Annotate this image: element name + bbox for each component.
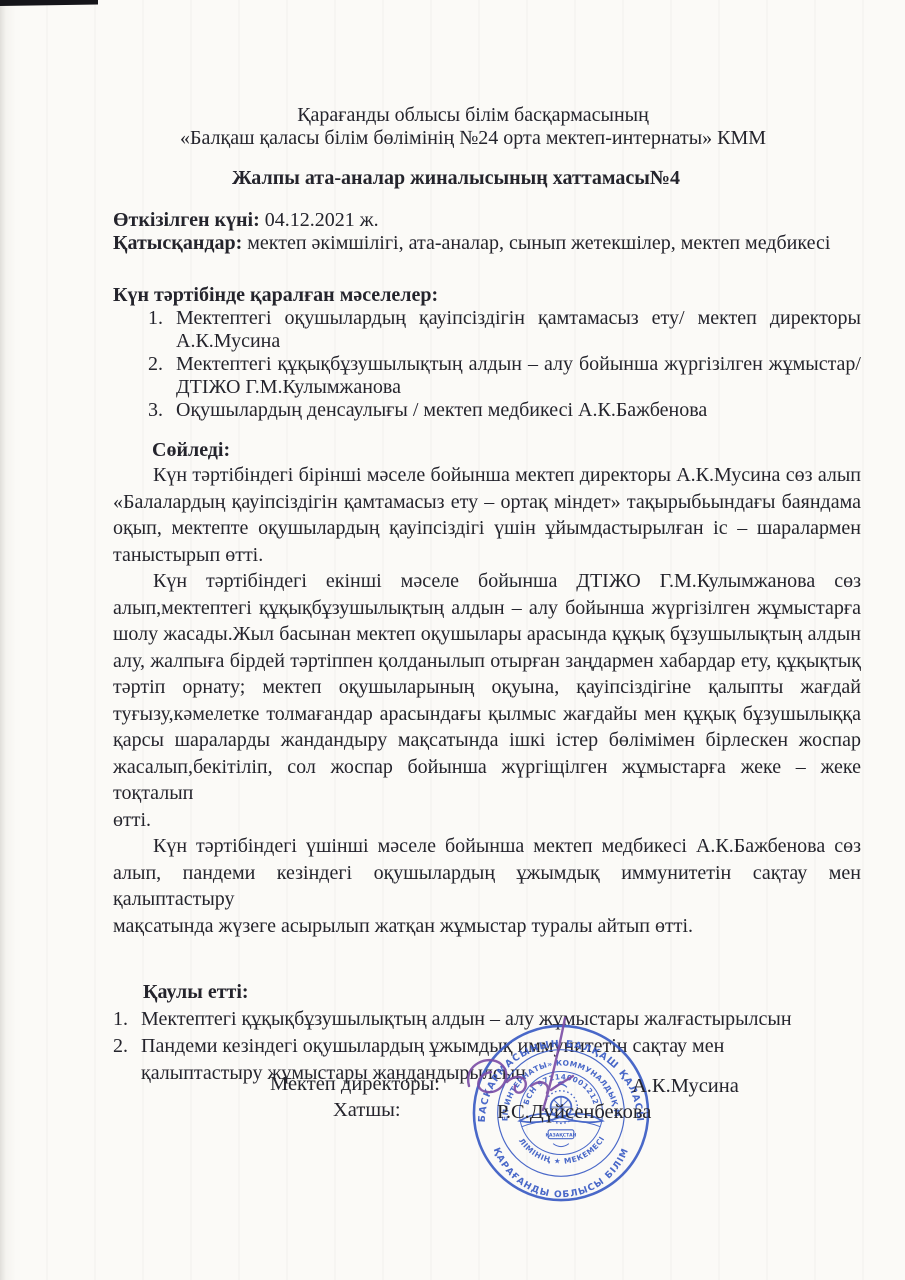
agenda-item-number: 2. bbox=[148, 353, 176, 399]
speech-paragraph-1: Күн тәртібіндегі бірінші мәселе бойынша … bbox=[113, 462, 861, 568]
agenda-item-2: 2. Мектептегі құқықбұзушылықтың алдын – … bbox=[148, 353, 861, 399]
agenda-item-number: 1. bbox=[148, 307, 176, 353]
resolution-item-number: 2. bbox=[113, 1033, 141, 1087]
paragraph-line: өтті. bbox=[113, 807, 861, 834]
paragraph-line: туғызу,кәмелетке толмағандар арасындағы … bbox=[113, 701, 861, 728]
document-body: Қарағанды облысы білім басқармасының «Ба… bbox=[113, 104, 861, 1087]
paragraph-line: мақсатында жүзеге асырылып жатқан жұмыст… bbox=[113, 913, 861, 940]
agenda-item-text: Мектептегі құқықбұзушылықтың алдын – алу… bbox=[176, 353, 861, 399]
secretary-name: Р.С.Дүйсенбекова bbox=[497, 1100, 651, 1124]
speeches-heading: Сөйледі: bbox=[113, 439, 861, 462]
paragraph-line: таныстырып өтті. bbox=[113, 542, 861, 569]
date-label: Өткізілген күні: bbox=[113, 209, 260, 231]
agenda-item-1: 1. Мектептегі оқушылардың қауіпсіздігін … bbox=[148, 307, 861, 353]
meta-block: Өткізілген күні: 04.12.2021 ж. Қатысқанд… bbox=[113, 209, 861, 255]
paragraph-line: алып, пандеми кезіндегі оқушылардың ұжым… bbox=[113, 860, 861, 913]
header-line-2: «Балқаш қаласы білім бөлімінің №24 орта … bbox=[113, 127, 861, 150]
agenda-heading: Күн тәртібінде қаралған мәселелер: bbox=[113, 284, 861, 307]
speech-paragraph-3: Күн тәртібіндегі үшінші мәселе бойынша м… bbox=[113, 833, 861, 939]
paragraph-line: шолу жасады.Жыл басынан мектеп оқушылары… bbox=[113, 621, 861, 648]
director-name: А.К.Мусина bbox=[632, 1074, 739, 1098]
paragraph-line: жасалып,бекітіліп, сол жоспар бойынша жү… bbox=[113, 754, 861, 807]
agenda-item-line: Мектептегі құқықбұзушылықтың алдын – алу… bbox=[176, 353, 861, 376]
document-title: Жалпы ата-аналар жиналысының хаттамасы№4 bbox=[113, 167, 861, 190]
paragraph-line: «Балалардың қауіпсіздігін қамтамасыз ету… bbox=[113, 489, 861, 516]
stamp-banner-text: ҚАЗАҚСТАН bbox=[546, 1132, 577, 1138]
paragraph-line: тәртіп орнату; мектеп оқушыларының оқуын… bbox=[113, 674, 861, 701]
header-line-1: Қарағанды облысы білім басқармасының bbox=[113, 104, 861, 127]
secretary-label: Хатшы: bbox=[333, 1098, 401, 1122]
agenda-item-line: Мектептегі оқушылардың қауіпсіздігін қам… bbox=[176, 307, 861, 330]
resolution-heading: Қаулы етті: bbox=[113, 979, 861, 1006]
agenda-item-3: 3. Оқушылардың денсаулығы / мектеп медби… bbox=[148, 399, 861, 422]
agenda-item-line: ДТІЖО Г.М.Кулымжанова bbox=[176, 376, 861, 399]
paragraph-line: Күн тәртібіндегі үшінші мәселе бойынша м… bbox=[113, 833, 861, 860]
participants-label: Қатысқандар: bbox=[113, 232, 242, 254]
agenda-item-text: Оқушылардың денсаулығы / мектеп медбикес… bbox=[176, 399, 861, 422]
resolution-item-number: 1. bbox=[113, 1006, 141, 1033]
participants-value: мектеп әкімшілігі, ата-аналар, сынып жет… bbox=[242, 232, 830, 254]
date-value: 04.12.2021 ж. bbox=[260, 209, 379, 231]
paragraph-line: Күн тәртібіндегі екінші мәселе бойынша Д… bbox=[113, 568, 861, 595]
paragraph-line: оқып, мектепте оқушылардың қауіпсіздігі … bbox=[113, 515, 861, 542]
agenda-item-text: Мектептегі оқушылардың қауіпсіздігін қам… bbox=[176, 307, 861, 353]
agenda-item-line: А.К.Мусина bbox=[176, 330, 861, 353]
paragraph-line: алу, жалпыға бірдей тәртіппен қолданылып… bbox=[113, 648, 861, 675]
scanned-document-page: Қарағанды облысы білім басқармасының «Ба… bbox=[0, 0, 905, 1280]
director-label: Мектеп директоры: bbox=[270, 1072, 440, 1096]
scan-artifact-top-edge bbox=[0, 0, 98, 6]
meta-date-row: Өткізілген күні: 04.12.2021 ж. bbox=[113, 209, 861, 232]
paragraph-line: алып,мектептегі құқықбұзушылықтың алдын … bbox=[113, 595, 861, 622]
speech-paragraph-2: Күн тәртібіндегі екінші мәселе бойынша Д… bbox=[113, 568, 861, 833]
meta-participants-row: Қатысқандар: мектеп әкімшілігі, ата-анал… bbox=[113, 232, 861, 255]
paragraph-line: Күн тәртібіндегі бірінші мәселе бойынша … bbox=[113, 462, 861, 489]
paragraph-line: қарсы шараларды жандандыру мақсатында іш… bbox=[113, 727, 861, 754]
agenda-item-line: Оқушылардың денсаулығы / мектеп медбикес… bbox=[176, 399, 861, 422]
agenda-item-number: 3. bbox=[148, 399, 176, 422]
